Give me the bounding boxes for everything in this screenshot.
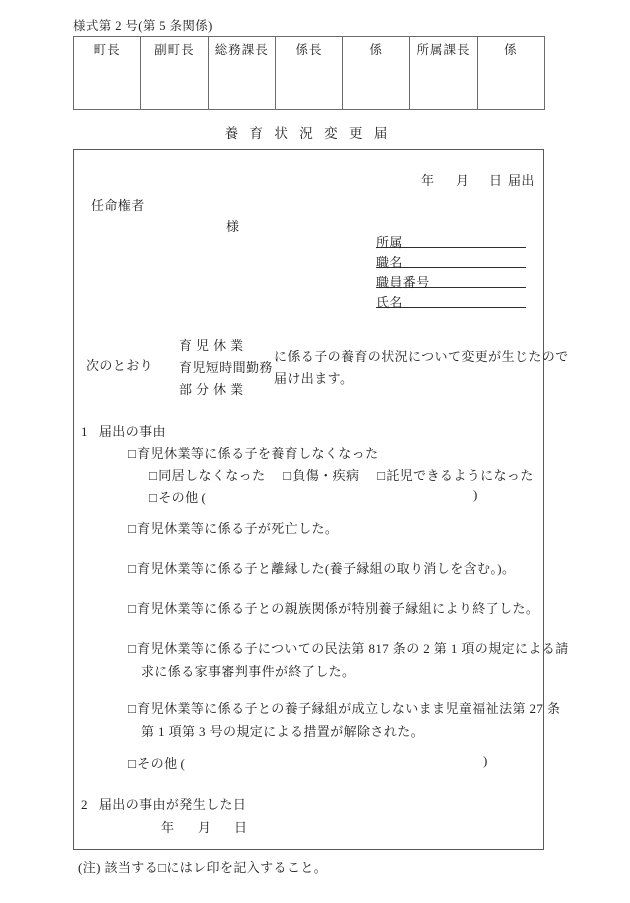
sub-reason-label: 託児できるようになった [386, 468, 533, 483]
sub-reason-no-longer-cohabiting: □同居しなくなった [149, 468, 265, 483]
reason-special-adoption-ended: □育児休業等に係る子との親族関係が特別養子縁組により終了した。 [128, 598, 539, 617]
other-label: その他 [137, 756, 177, 771]
declaration-lead: 次のとおり [86, 355, 153, 374]
sub-reason-daycare-available: □託児できるようになった [377, 468, 534, 483]
checkbox-no-longer-cohabiting[interactable]: □ [149, 468, 157, 484]
approval-cell-section-chief: 係長 [275, 37, 342, 110]
reason-label: 育児休業等に係る子が死亡した。 [137, 521, 338, 536]
section1-title: 届出の事由 [99, 424, 166, 439]
option-shortened-hours: 育児短時間勤務 [179, 357, 273, 376]
approval-cell-general-affairs-chief: 総務課長 [208, 37, 275, 110]
form-number: 様式第 2 号(第 5 条関係) [73, 16, 213, 34]
checkbox-special-adoption-ended[interactable]: □ [128, 601, 136, 617]
occurrence-month-label: 月 [198, 817, 211, 836]
addressee-label: 任命権者 [91, 195, 145, 214]
approval-cell-staff: 係 [343, 37, 410, 110]
approval-cell-department-chief: 所属課長 [410, 37, 477, 110]
form-body-box: 年 月 日 届出 任命権者 様 所属 職名 職員番号 氏名 次のとおり 育 児 … [73, 149, 544, 850]
section2-heading: 2届出の事由が発生した日 [81, 794, 246, 813]
checkbox-dissolved-adoption[interactable]: □ [128, 561, 136, 577]
name-label: 氏名 [376, 295, 403, 310]
checkbox-injury-illness[interactable]: □ [283, 468, 291, 484]
footnote: (注) 該当する□にはレ印を記入すること。 [78, 857, 327, 876]
approval-col-label: 総務課長 [215, 43, 269, 57]
open-paren: ( [180, 756, 185, 771]
sub-other-label: その他 [158, 490, 198, 505]
reason-label-line1: 育児休業等に係る子についての民法第 817 条の 2 第 1 項の規定による請 [137, 641, 568, 656]
reason-welfare-measure-cancelled-line2: 第 1 項第 3 号の規定による措置が解除された。 [141, 721, 424, 740]
sub-reason-other: □その他( [149, 487, 206, 506]
open-paren: ( [201, 490, 206, 505]
approval-col-label: 町長 [94, 43, 121, 57]
reason-label: 育児休業等に係る子との親族関係が特別養子縁組により終了した。 [137, 601, 539, 616]
checkbox-child-died[interactable]: □ [128, 521, 136, 537]
reason-label-line1: 育児休業等に係る子との養子縁組が成立しないまま児童福祉法第 27 条 [137, 701, 560, 716]
job-title-label: 職名 [376, 255, 403, 270]
checkbox-no-longer-raising[interactable]: □ [128, 446, 136, 462]
checkbox-civil-code-case-ended[interactable]: □ [128, 641, 136, 657]
approval-col-label: 所属課長 [417, 43, 471, 57]
checkbox-daycare-available[interactable]: □ [377, 468, 385, 484]
section2-title: 届出の事由が発生した日 [99, 797, 246, 812]
approval-stamp-table: 町長 副町長 総務課長 係長 係 所属課長 係 [73, 36, 545, 110]
submission-year-label: 年 [421, 170, 434, 189]
reason1-sub-row: □同居しなくなった □負傷・疾病 □託児できるようになった [149, 465, 534, 484]
sub-reason-injury-illness: □負傷・疾病 [283, 468, 359, 483]
submission-day-label: 日 [489, 170, 502, 189]
employee-number-field[interactable]: 職員番号 [376, 272, 526, 288]
reason-label: 育児休業等に係る子と離縁した(養子縁組の取り消しを含む。)。 [137, 561, 515, 576]
reason-no-longer-raising: □育児休業等に係る子を養育しなくなった [128, 443, 378, 462]
reason-dissolved-adoption: □育児休業等に係る子と離縁した(養子縁組の取り消しを含む。)。 [128, 558, 515, 577]
close-paren: ) [483, 753, 488, 769]
name-field[interactable]: 氏名 [376, 292, 526, 308]
affiliation-field[interactable]: 所属 [376, 232, 526, 248]
approval-col-label: 副町長 [154, 43, 195, 57]
occurrence-day-label: 日 [234, 817, 247, 836]
approval-col-label: 係 [370, 43, 384, 57]
reason-welfare-measure-cancelled: □育児休業等に係る子との養子縁組が成立しないまま児童福祉法第 27 条 [128, 698, 560, 717]
option-partial-leave: 部 分 休 業 [179, 379, 244, 398]
reason-child-died: □育児休業等に係る子が死亡した。 [128, 518, 338, 537]
submission-month-label: 月 [456, 170, 469, 189]
approval-header-row: 町長 副町長 総務課長 係長 係 所属課長 係 [74, 37, 545, 110]
section2-number: 2 [81, 797, 88, 813]
employee-number-label: 職員番号 [376, 275, 430, 290]
sub-reason-label: 負傷・疾病 [292, 468, 359, 483]
sub-reason-label: 同居しなくなった [158, 468, 265, 483]
occurrence-year-label: 年 [161, 817, 174, 836]
checkbox-sub-other[interactable]: □ [149, 490, 157, 506]
declaration-line1: に係る子の養育の状況について変更が生じたので [274, 346, 569, 365]
reason-civil-code-case-ended: □育児休業等に係る子についての民法第 817 条の 2 第 1 項の規定による請 [128, 638, 569, 657]
reason-label: 育児休業等に係る子を養育しなくなった [137, 446, 378, 461]
checkbox-other[interactable]: □ [128, 756, 136, 772]
approval-cell-deputy-mayor: 副町長 [141, 37, 208, 110]
declaration-line2: 届け出ます。 [274, 368, 353, 387]
submission-suffix-label: 届出 [508, 170, 535, 189]
checkbox-welfare-measure-cancelled[interactable]: □ [128, 701, 136, 717]
reason-civil-code-case-ended-line2: 求に係る家事審判事件が終了した。 [141, 661, 355, 680]
section1-heading: 1届出の事由 [81, 421, 166, 440]
approval-cell-mayor: 町長 [74, 37, 141, 110]
reason-other: □その他( [128, 753, 185, 772]
page-title: 養 育 状 況 変 更 届 [225, 122, 392, 142]
job-title-field[interactable]: 職名 [376, 252, 526, 268]
section1-number: 1 [81, 424, 88, 440]
approval-cell-staff-2: 係 [477, 37, 544, 110]
approval-col-label: 係 [504, 43, 518, 57]
honorific-label: 様 [226, 216, 239, 235]
close-paren: ) [473, 487, 478, 503]
option-childcare-leave: 育 児 休 業 [179, 335, 244, 354]
form-page: 様式第 2 号(第 5 条関係) 町長 副町長 総務課長 係長 係 所属課長 係… [0, 0, 630, 903]
affiliation-label: 所属 [376, 235, 403, 250]
approval-col-label: 係長 [295, 43, 322, 57]
